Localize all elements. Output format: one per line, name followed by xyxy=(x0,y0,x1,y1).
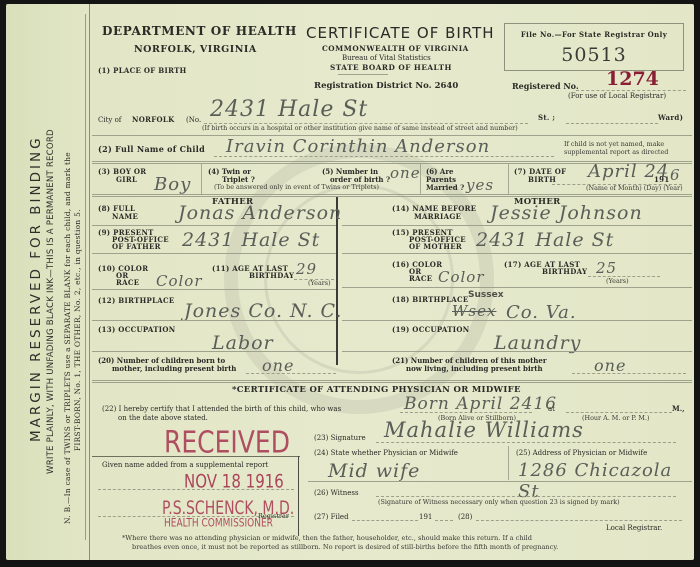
attendant-address-label: (25) Address of Physician or Midwife xyxy=(516,449,647,457)
mother-children-line xyxy=(572,373,686,374)
bureau: Bureau of Vital Statistics xyxy=(342,54,431,62)
hour-line xyxy=(566,412,672,413)
divider xyxy=(92,382,692,383)
ward-line xyxy=(566,123,658,124)
dob-year-suffix: 6 xyxy=(670,166,681,184)
sex-label-2: GIRL xyxy=(116,176,137,184)
commissioner-stamp-title: HEALTH COMMISSIONER xyxy=(164,518,273,531)
filed-label: (27) Filed xyxy=(314,513,349,521)
father-occupation-label: (13) OCCUPATION xyxy=(98,326,175,334)
divider xyxy=(308,481,692,482)
registered-line xyxy=(576,90,686,91)
certify-line-2: on the date above stated. xyxy=(118,414,208,422)
child-name-note-2: supplemental report as directed xyxy=(564,149,668,157)
child-name-label: (2) Full Name of Child xyxy=(98,145,205,153)
father-age-value: 29 xyxy=(296,260,317,278)
local-registrar-label: Local Registrar. xyxy=(606,524,662,532)
attendant-heading: *CERTIFICATE OF ATTENDING PHYSICIAN OR M… xyxy=(232,386,521,394)
witness-note: (Signature of Witness necessary only whe… xyxy=(378,499,620,507)
father-birthplace-label: (12) BIRTHPLACE xyxy=(98,297,175,305)
registered-number: 1274 xyxy=(606,68,659,90)
certificate-title: CERTIFICATE OF BIRTH xyxy=(306,24,495,42)
father-po-value: 2431 Hale St xyxy=(182,229,320,251)
divider xyxy=(342,320,692,321)
dob-year-prefix: 191 xyxy=(654,176,670,184)
divider xyxy=(342,351,692,352)
married-label-3: Married ? xyxy=(426,184,464,192)
place-of-birth-note: (If birth occurs in a hospital or other … xyxy=(202,125,518,133)
m-label: M., xyxy=(672,405,685,413)
file-number: 50513 xyxy=(505,44,683,66)
file-number-box: File No.—For State Registrar Only 50513 xyxy=(504,23,684,71)
ward-label: Ward) xyxy=(658,114,683,122)
father-children-label-2: mother, including present birth xyxy=(112,365,236,373)
mother-age-unit: (Years) xyxy=(606,278,629,286)
witness-line xyxy=(376,496,676,497)
margin-title: MARGIN RESERVED FOR BINDING xyxy=(28,135,44,442)
registered-label: Registered No. xyxy=(512,81,579,91)
margin-note-1: N. B.—In case of TWINS or TRIPLETS use a… xyxy=(63,152,72,524)
margin-note-2: FIRST-BORN, No. 1, THE OTHER, No. 2, etc… xyxy=(73,209,82,451)
order-value: one xyxy=(390,164,421,182)
father-children-value: one xyxy=(262,356,294,375)
commonwealth: COMMONWEALTH OF VIRGINIA xyxy=(322,44,469,53)
divider xyxy=(508,446,509,480)
state-board: STATE BOARD OF HEALTH xyxy=(330,63,452,72)
divider xyxy=(92,289,336,290)
signature-label: (23) Signature xyxy=(314,434,366,442)
filed-line xyxy=(352,520,418,521)
father-color-label-3: RACE xyxy=(116,279,139,287)
witness-label: (26) Witness xyxy=(314,489,359,497)
twin-note: (To be answered only in event of Twins o… xyxy=(214,184,379,192)
divider xyxy=(342,287,692,288)
mother-age-value: 25 xyxy=(596,259,617,277)
divider xyxy=(92,320,336,321)
filed-year-line xyxy=(435,520,453,521)
street-no-label: (No. xyxy=(186,116,201,124)
signature-value: Mahalie Williams xyxy=(384,418,584,442)
attendant-type-value: Mid wife xyxy=(328,460,420,482)
address-value: 2431 Hale St xyxy=(210,97,368,122)
father-name-value: Jonas Anderson xyxy=(178,202,342,224)
birth-certificate: MARGIN RESERVED FOR BINDING WRITE PLAINL… xyxy=(6,4,694,560)
city-label: City of xyxy=(98,116,121,124)
header-divider xyxy=(338,74,388,75)
department-title: DEPARTMENT OF HEALTH xyxy=(102,24,297,38)
born-status-value: Born April 2416 xyxy=(404,394,557,414)
footnote-line-2: breathes even once, it must not be repor… xyxy=(132,544,558,552)
sex-value: Boy xyxy=(154,174,191,195)
city-state: NORFOLK, VIRGINIA xyxy=(134,44,257,55)
street-label: St. ; xyxy=(538,114,555,122)
father-po-label-3: OF FATHER xyxy=(112,243,161,251)
supplemental-top-rule xyxy=(92,456,300,457)
mother-birthplace-correction: Sussex xyxy=(468,290,504,300)
received-stamp: RECEIVED xyxy=(164,425,290,460)
divider xyxy=(201,164,202,194)
divider xyxy=(92,194,692,195)
dob-label-2: BIRTH xyxy=(528,176,556,184)
registration-district: Registration District No. 2640 xyxy=(314,81,458,91)
city-value: NORFOLK xyxy=(132,116,175,124)
filed-year: 191 xyxy=(419,513,432,521)
divider xyxy=(508,164,509,194)
file-number-label: File No.—For State Registrar Only xyxy=(505,30,683,39)
father-color-value: Color xyxy=(156,272,203,290)
divider xyxy=(92,225,336,226)
certify-text: (22) I hereby certify that I attended th… xyxy=(102,405,341,413)
divider xyxy=(92,196,692,197)
father-age-label-2: BIRTHDAY xyxy=(249,272,294,280)
binding-margin: MARGIN RESERVED FOR BINDING WRITE PLAINL… xyxy=(6,4,90,560)
dob-note: (Name of Month) (Day) (Year) xyxy=(586,185,683,193)
mother-children-value: one xyxy=(594,356,626,375)
father-birthplace-value: Jones Co. N. C. xyxy=(184,300,342,322)
father-age-unit: (Years) xyxy=(308,280,331,288)
mother-color-value: Color xyxy=(438,268,485,286)
mother-name-label-2: MARRIAGE xyxy=(414,213,461,221)
mother-children-label-2: now living, including present birth xyxy=(406,365,543,373)
registrar-number-label: (28) xyxy=(458,513,472,521)
order-label-2: order of birth ? xyxy=(330,176,390,184)
divider xyxy=(342,225,692,226)
mother-po-value: 2431 Hale St xyxy=(476,229,614,251)
date-stamp: NOV 18 1916 xyxy=(184,470,284,493)
mother-po-label-3: OF MOTHER xyxy=(409,243,462,251)
supplemental-right-rule xyxy=(298,456,299,536)
margin-instruction: WRITE PLAINLY, WITH UNFADING BLACK INK—T… xyxy=(46,129,56,474)
registrar-line xyxy=(476,520,682,521)
mother-color-label-3: RACE xyxy=(409,275,432,283)
signature-line xyxy=(376,442,676,443)
place-of-birth-label: (1) PLACE OF BIRTH xyxy=(98,67,187,75)
divider xyxy=(420,164,421,194)
divider xyxy=(92,380,692,381)
attendant-type-label: (24) State whether Physician or Midwife xyxy=(314,449,458,457)
at-label: at xyxy=(548,405,555,413)
commissioner-stamp-name: P.S.SCHENCK, M.D. xyxy=(162,499,294,520)
divider xyxy=(92,253,336,254)
mother-name-value: Jessie Johnson xyxy=(490,202,643,224)
child-name-value: Iravin Corinthin Anderson xyxy=(226,136,490,157)
father-name-label-2: NAME xyxy=(112,213,138,221)
married-value: yes xyxy=(466,176,494,194)
divider xyxy=(342,253,692,254)
mother-occupation-label: (19) OCCUPATION xyxy=(392,326,469,334)
supplemental-label: Given name added from a supplemental rep… xyxy=(102,461,268,469)
registered-note: (For use of Local Registrar) xyxy=(568,92,666,100)
footnote-line-1: *Where there was no attending physician … xyxy=(122,535,532,543)
divider xyxy=(92,351,336,352)
hour-note: (Hour A. M. or P. M.) xyxy=(582,415,649,423)
mother-birthplace-struck: Wsex xyxy=(452,302,496,320)
mother-age-label-2: BIRTHDAY xyxy=(542,268,587,276)
